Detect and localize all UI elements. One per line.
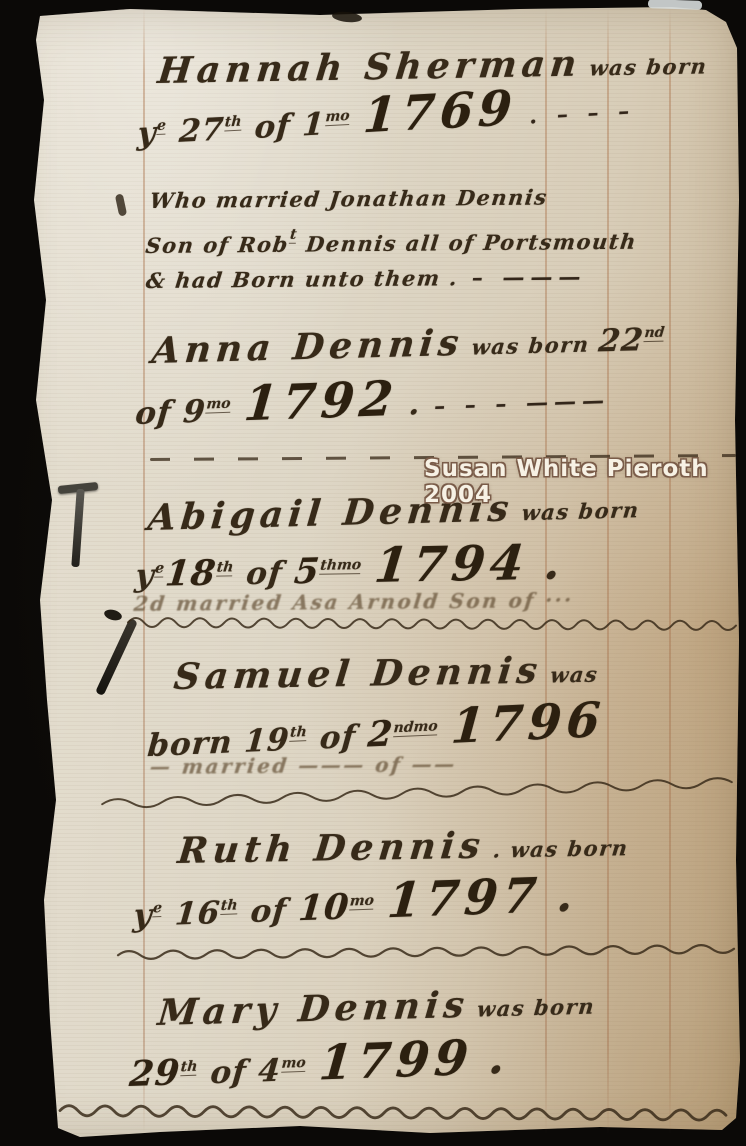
- manuscript-text-segment: Ruth Dennis: [176, 825, 487, 872]
- manuscript-text-segment: of: [307, 718, 369, 757]
- manuscript-text-segment: e: [156, 117, 166, 135]
- manuscript-text-segment: 2: [366, 713, 395, 755]
- manuscript-text-segment: th: [224, 114, 242, 132]
- manuscript-line: 29th of 4mo 1799 .: [128, 1029, 508, 1098]
- manuscript-text-segment: t: [289, 227, 297, 244]
- manuscript-line: & had Born unto them . – ———: [145, 264, 589, 294]
- manuscript-text-segment: 5: [292, 551, 322, 593]
- manuscript-text-segment: 27: [166, 111, 225, 150]
- manuscript-text-segment: Son of Rob: [144, 232, 290, 258]
- manuscript-text-segment: mo: [349, 893, 375, 911]
- manuscript-text-segment: was: [540, 662, 599, 688]
- manuscript-line: Ruth Dennis . was born: [176, 822, 631, 872]
- manuscript-text-segment: – ———: [457, 264, 588, 291]
- scanned-manuscript-page: Hannah Sherman was bornye 27th of 1mo 17…: [0, 0, 746, 1146]
- manuscript-text-segment: was born: [467, 994, 596, 1022]
- manuscript-text-segment: . – – –: [515, 98, 636, 130]
- manuscript-text-segment: y: [132, 897, 154, 934]
- manuscript-line: Samuel Dennis was: [172, 649, 601, 699]
- manuscript-text-segment: 1794: [372, 535, 531, 594]
- manuscript-text-segment: ndmo: [393, 718, 438, 737]
- manuscript-text-segment: Anna Dennis: [150, 322, 466, 372]
- manuscript-text-segment: & had Born unto them .: [145, 265, 460, 293]
- manuscript-text-segment: 29: [128, 1052, 182, 1095]
- manuscript-text-segment: .: [526, 536, 564, 591]
- manuscript-text-segment: th: [216, 559, 234, 576]
- manuscript-text-segment: of: [233, 555, 296, 592]
- manuscript-text-segment: e: [152, 900, 162, 917]
- manuscript-text-segment: of 4: [197, 1053, 282, 1092]
- manuscript-text-segment: 16: [162, 895, 222, 933]
- manuscript-text-segment: 22: [597, 322, 646, 359]
- manuscript-line: Who married Jonathan Dennis: [149, 185, 550, 213]
- manuscript-text-segment: 10: [297, 886, 351, 929]
- manuscript-text-layer: Hannah Sherman was bornye 27th of 1mo 17…: [0, 0, 746, 1146]
- wavy-separator: [58, 1096, 746, 1131]
- manuscript-line: Mary Dennis was born: [156, 980, 598, 1034]
- manuscript-text-segment: .: [396, 386, 423, 423]
- manuscript-text-segment: Samuel Dennis: [172, 650, 544, 699]
- manuscript-text-segment: thmo: [319, 557, 362, 575]
- manuscript-text-segment: was born: [501, 835, 630, 862]
- manuscript-text-segment: 18: [163, 553, 218, 595]
- manuscript-text-segment: .: [539, 868, 576, 923]
- manuscript-text-segment: th: [289, 724, 307, 742]
- manuscript-text-segment: of 9: [134, 393, 207, 432]
- manuscript-line: Son of Robt Dennis all of Portsmouth: [144, 224, 639, 258]
- manuscript-line: ye 16th of 10mo 1797 .: [132, 867, 576, 939]
- wavy-separator: [126, 608, 742, 639]
- manuscript-text-segment: was born: [462, 331, 600, 360]
- manuscript-text-segment: — married ——— of ——: [149, 752, 459, 779]
- manuscript-text-segment: 1792: [242, 371, 400, 433]
- manuscript-text-segment: of 1: [242, 106, 327, 146]
- manuscript-text-segment: – – – ———: [419, 387, 611, 420]
- manuscript-text-segment: y: [136, 115, 158, 152]
- manuscript-text-segment: th: [180, 1059, 198, 1077]
- manuscript-text-segment: 1769: [361, 80, 518, 144]
- watermark: Susan White Pieroth 2004: [424, 456, 746, 508]
- manuscript-text-segment: .: [471, 1030, 508, 1085]
- manuscript-text-segment: of: [237, 892, 300, 930]
- manuscript-text-segment: mo: [325, 108, 350, 126]
- manuscript-text-segment: Who married Jonathan Dennis: [149, 185, 550, 213]
- manuscript-text-segment: mo: [281, 1055, 307, 1073]
- manuscript-text-segment: 1796: [449, 692, 607, 755]
- manuscript-line: of 9mo 1792 . – – – ———: [134, 363, 614, 436]
- manuscript-text-segment: Dennis all of Portsmouth: [296, 229, 638, 257]
- manuscript-text-segment: nd: [644, 325, 666, 343]
- manuscript-text-segment: y: [133, 558, 156, 594]
- manuscript-line: — married ——— of ——: [149, 752, 459, 779]
- manuscript-text-segment: th: [220, 897, 238, 915]
- manuscript-text-segment: 1797: [385, 868, 543, 930]
- manuscript-text-segment: mo: [206, 396, 232, 414]
- manuscript-text-segment: Mary Dennis: [156, 984, 471, 1034]
- manuscript-text-segment: e: [154, 560, 165, 577]
- manuscript-text-segment: 1799: [317, 1030, 475, 1092]
